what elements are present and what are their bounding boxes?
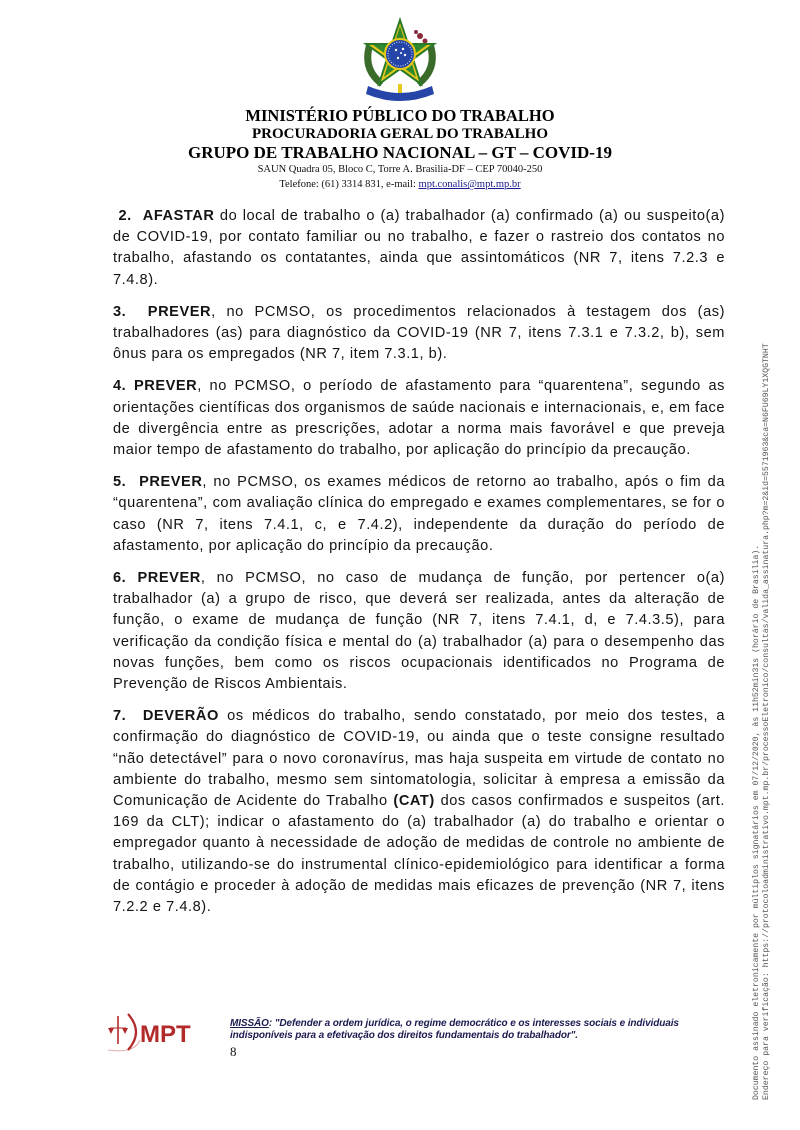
item-verb: AFASTAR bbox=[143, 208, 215, 224]
item-5: 5. PREVER, no PCMSO, os exames médicos d… bbox=[113, 472, 725, 557]
header-address: SAUN Quadra 05, Bloco C, Torre A. Brasil… bbox=[0, 164, 800, 177]
document-page: MINISTÉRIO PÚBLICO DO TRABALHO PROCURADO… bbox=[0, 0, 800, 1130]
mission-text: : "Defender a ordem jurídica, o regime d… bbox=[230, 1018, 679, 1041]
item-verb: PREVER bbox=[148, 304, 211, 320]
item-text: , no PCMSO, os exames médicos de retorno… bbox=[113, 474, 725, 554]
coat-of-arms-icon bbox=[352, 14, 448, 104]
cat-abbreviation: (CAT) bbox=[393, 793, 434, 809]
item-number: 4. bbox=[113, 378, 126, 394]
item-number: 6. bbox=[113, 570, 126, 586]
header-working-group: GRUPO DE TRABALHO NACIONAL – GT – COVID-… bbox=[0, 144, 800, 161]
mission-label: MISSÃO bbox=[230, 1018, 269, 1029]
item-text: , no PCMSO, o período de afastamento par… bbox=[113, 378, 725, 458]
page-footer: MPT MISSÃO: "Defender a ordem jurídica, … bbox=[104, 1010, 744, 1070]
header-ministry: MINISTÉRIO PÚBLICO DO TRABALHO bbox=[0, 108, 800, 125]
item-verb: DEVERÃO bbox=[143, 708, 219, 724]
email-link[interactable]: mpt.conalis@mpt.mp.br bbox=[419, 179, 521, 190]
header-contact: Telefone: (61) 3314 831, e-mail: mpt.con… bbox=[0, 179, 800, 192]
item-verb: PREVER bbox=[134, 378, 197, 394]
svg-text:MPT: MPT bbox=[140, 1021, 191, 1048]
item-number: 3. bbox=[113, 304, 126, 320]
page-number: 8 bbox=[230, 1044, 237, 1060]
item-number: 7. bbox=[113, 708, 126, 724]
phone-label: Telefone: (61) 3314 831, e-mail: bbox=[279, 179, 418, 190]
item-text: , no PCMSO, no caso de mudança de função… bbox=[113, 570, 725, 692]
letterhead: MINISTÉRIO PÚBLICO DO TRABALHO PROCURADO… bbox=[0, 14, 800, 192]
item-verb: PREVER bbox=[139, 474, 202, 490]
item-number: 2. bbox=[118, 208, 131, 224]
document-body: 2. AFASTAR do local de trabalho o (a) tr… bbox=[113, 206, 725, 929]
item-verb: PREVER bbox=[138, 570, 201, 586]
item-3: 3. PREVER, no PCMSO, os procedimentos re… bbox=[113, 302, 725, 366]
item-6: 6. PREVER, no PCMSO, no caso de mudança … bbox=[113, 568, 725, 695]
header-procuradoria: PROCURADORIA GERAL DO TRABALHO bbox=[0, 127, 800, 142]
verification-url[interactable]: Endereço para verificação: https://proto… bbox=[762, 320, 772, 1100]
item-number: 5. bbox=[113, 474, 126, 490]
signature-line: Documento assinado eletronicamente por m… bbox=[752, 320, 762, 1100]
mission-statement: MISSÃO: "Defender a ordem jurídica, o re… bbox=[230, 1018, 740, 1041]
item-text: dos casos confirmados e suspeitos (art. … bbox=[113, 793, 725, 915]
mpt-logo-icon: MPT bbox=[104, 1010, 204, 1054]
item-7: 7. DEVERÃO os médicos do trabalho, sendo… bbox=[113, 706, 725, 918]
item-4: 4. PREVER, no PCMSO, o período de afasta… bbox=[113, 376, 725, 461]
electronic-signature-stamp: Documento assinado eletronicamente por m… bbox=[752, 320, 772, 1100]
item-2: 2. AFASTAR do local de trabalho o (a) tr… bbox=[113, 206, 725, 291]
